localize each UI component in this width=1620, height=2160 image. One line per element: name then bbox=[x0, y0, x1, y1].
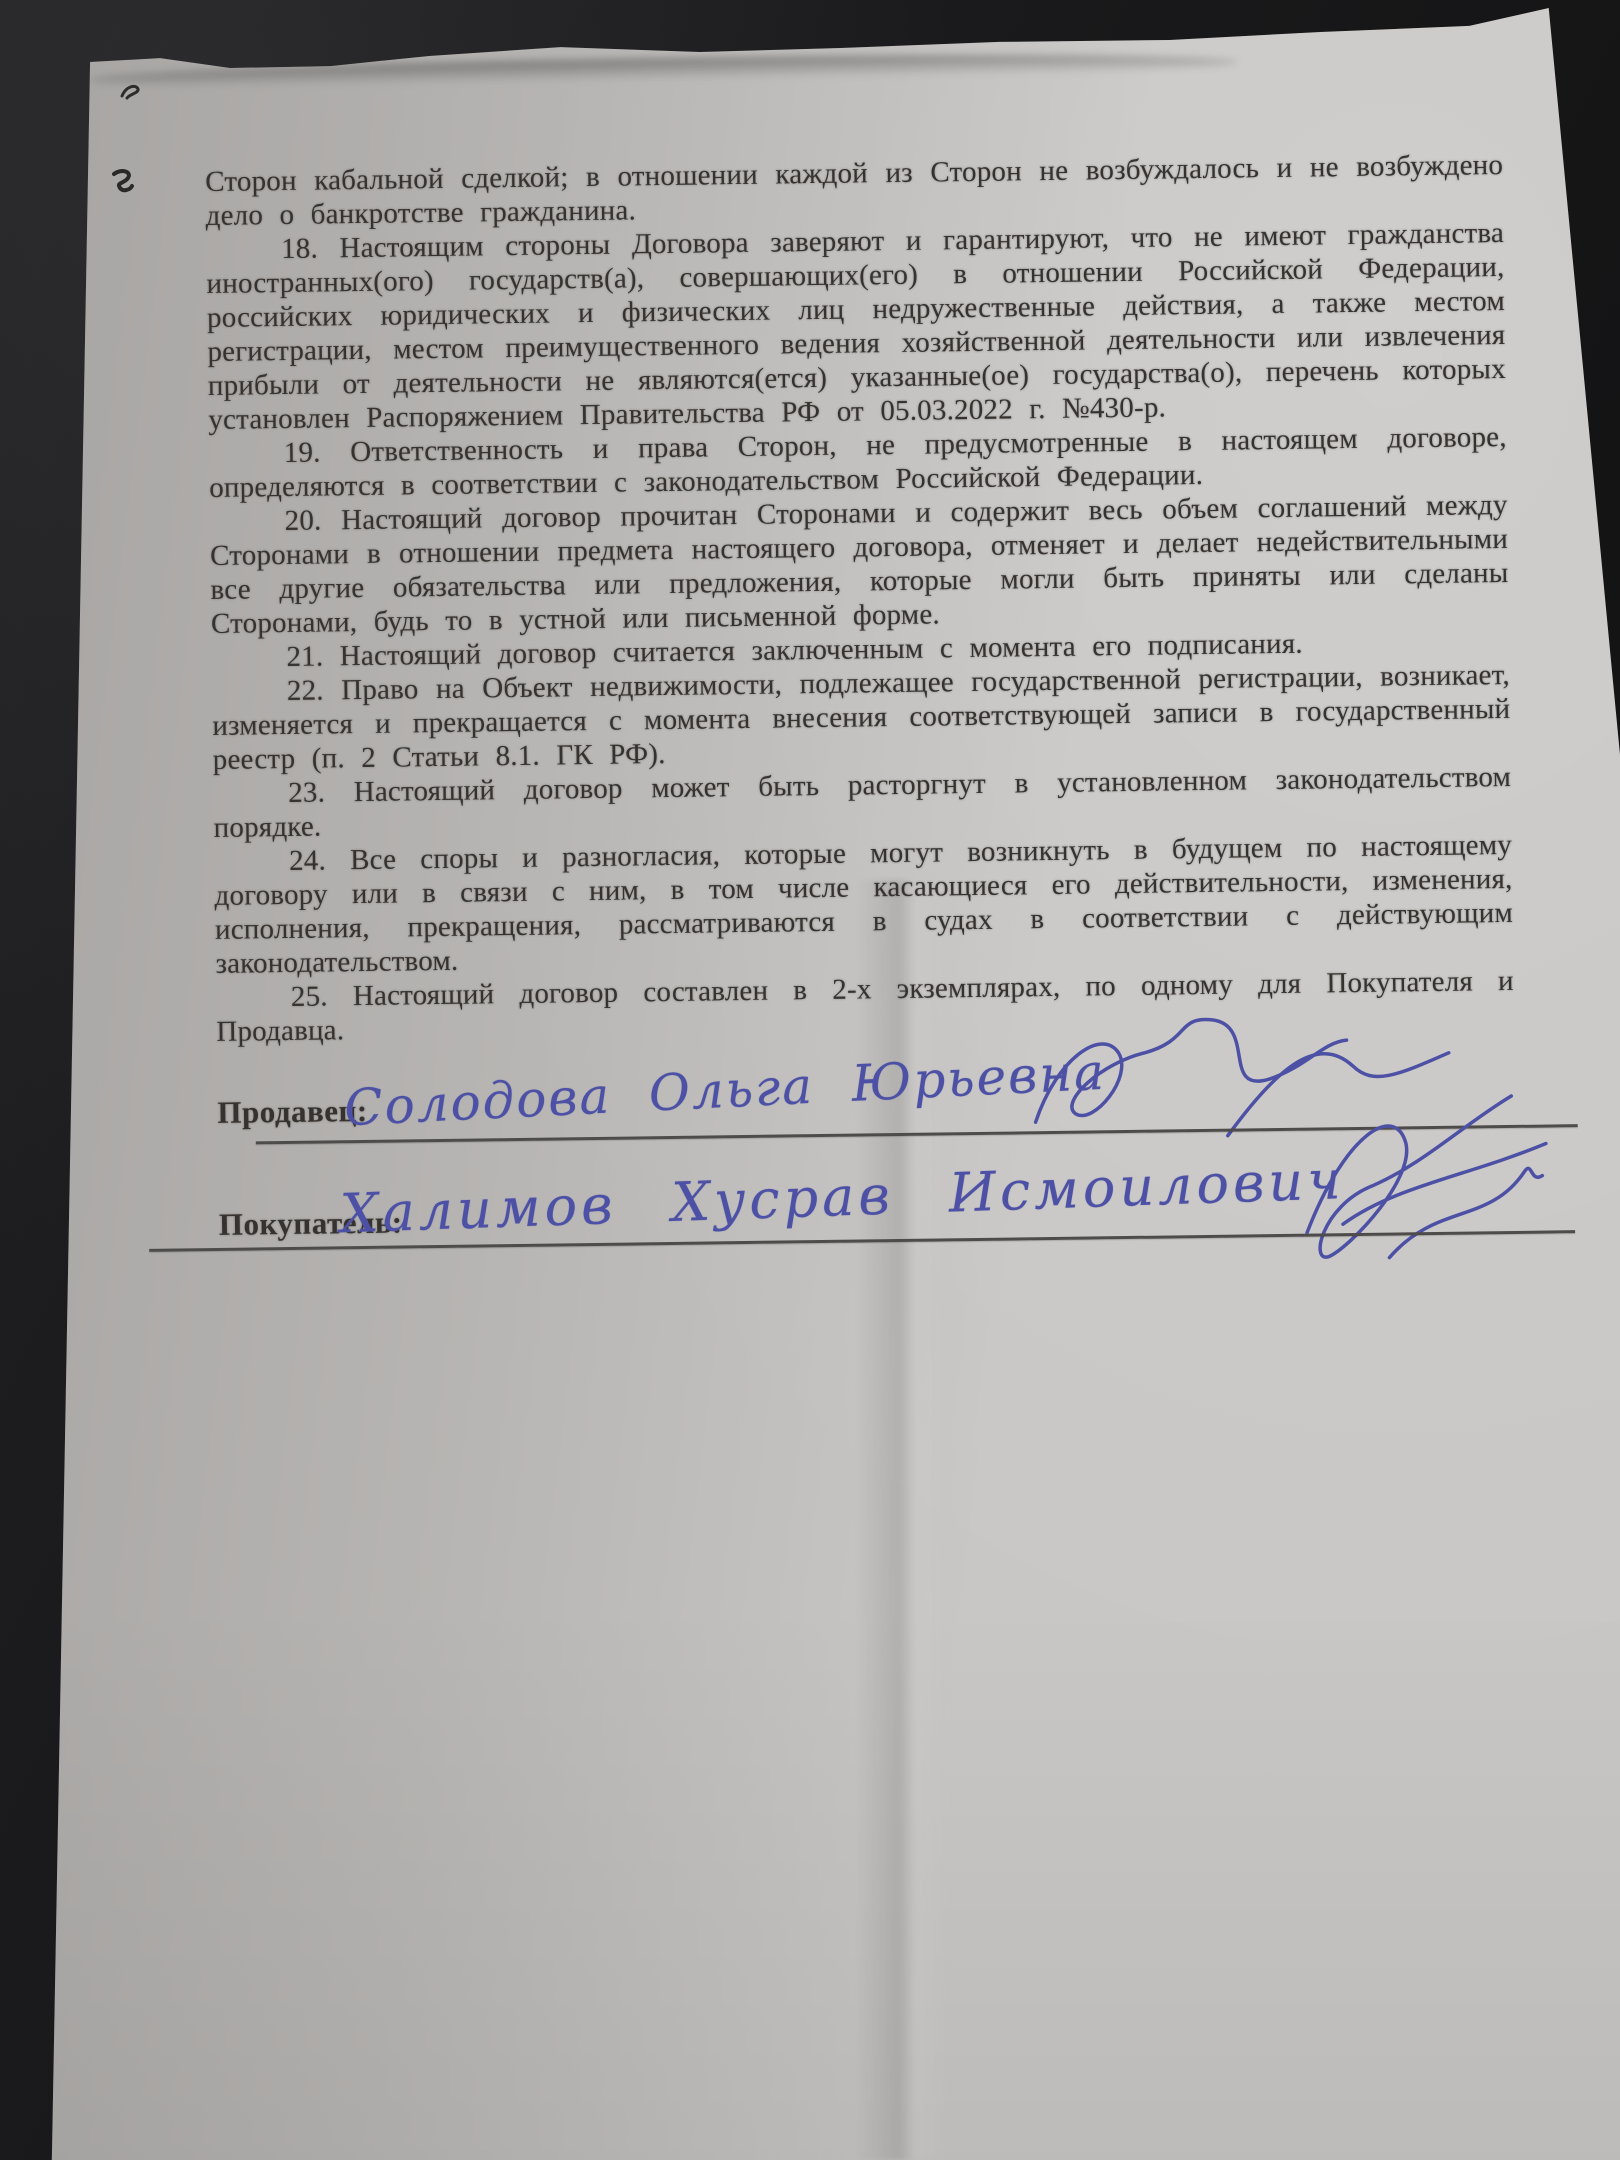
seller-handwritten-name: Солодова Ольга Юрьевна bbox=[343, 1043, 1107, 1138]
buyer-paraph-signature bbox=[1279, 1079, 1582, 1283]
buyer-signature-row: Покупатель: Халимов Хусрав Исмоилович bbox=[218, 1150, 1517, 1271]
photo-background: Сторон кабальной сделкой; в отношении ка… bbox=[0, 0, 1620, 2160]
buyer-handwritten-name: Халимов Хусрав Исмоилович bbox=[339, 1148, 1346, 1245]
clause-18: 18. Настоящим стороны Договора заверяют … bbox=[206, 216, 1507, 437]
contract-clauses: Сторон кабальной сделкой; в отношении ка… bbox=[205, 148, 1514, 1049]
paper-top-edge-shadow bbox=[88, 49, 1238, 93]
clause-20: 20. Настоящий договор прочитан Сторонами… bbox=[209, 488, 1509, 641]
contract-text-block: Сторон кабальной сделкой; в отношении ка… bbox=[205, 148, 1517, 1271]
pen-mark bbox=[118, 80, 144, 104]
clause-22: 22. Право на Объект недвижимости, подлеж… bbox=[212, 658, 1511, 777]
document-page: Сторон кабальной сделкой; в отношении ка… bbox=[0, 0, 1620, 2160]
clause-24: 24. Все споры и разногласия, которые мог… bbox=[214, 828, 1514, 981]
pen-mark bbox=[108, 166, 138, 196]
